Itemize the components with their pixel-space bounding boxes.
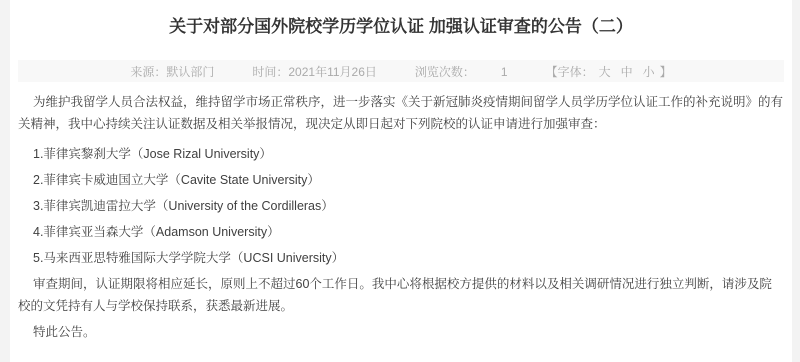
meta-views: 浏览次数：1 <box>415 63 508 80</box>
page-title: 关于对部分国外院校学历学位认证 加强认证审查的公告（二） <box>10 16 792 38</box>
meta-source-label: 来源： <box>130 65 166 79</box>
title-area: 关于对部分国外院校学历学位认证 加强认证审查的公告（二） <box>10 0 792 50</box>
closing-paragraph: 特此公告。 <box>18 321 784 343</box>
font-widget-close-bracket: 】 <box>660 65 672 79</box>
meta-views-label: 浏览次数： <box>415 65 475 79</box>
announcement-body: 为维护我留学人员合法权益，维持留学市场正常秩序，进一步落实《关于新冠肺炎疫情期间… <box>10 82 792 343</box>
meta-time-label: 时间： <box>252 65 288 79</box>
meta-time-value: 2021年11月26日 <box>288 65 377 79</box>
meta-bar: 来源：默认部门 时间：2021年11月26日 浏览次数：1 【字体：大中小】 <box>18 60 784 82</box>
university-list-item: 5.马来西亚思特雅国际大学学院大学（UCSI University） <box>18 247 784 269</box>
university-list-item: 2.菲律宾卡威迪国立大学（Cavite State University） <box>18 169 784 191</box>
meta-views-value: 1 <box>501 65 508 79</box>
university-list-item: 4.菲律宾亚当森大学（Adamson University） <box>18 221 784 243</box>
font-size-widget: 【字体：大中小】 <box>546 63 672 80</box>
meta-source-value: 默认部门 <box>166 65 214 79</box>
meta-source: 来源：默认部门 <box>130 63 214 80</box>
university-list-item: 3.菲律宾凯迪雷拉大学（University of the Cordillera… <box>18 195 784 217</box>
intro-paragraph: 为维护我留学人员合法权益，维持留学市场正常秩序，进一步落实《关于新冠肺炎疫情期间… <box>18 91 784 135</box>
font-size-large-button[interactable]: 大 <box>599 63 611 80</box>
review-terms-paragraph: 审查期间，认证期限将相应延长，原则上不超过60个工作日。我中心将根据校方提供的材… <box>18 273 784 317</box>
university-list-item: 1.菲律宾黎刹大学（Jose Rizal University） <box>18 143 784 165</box>
meta-time: 时间：2021年11月26日 <box>252 63 377 80</box>
font-widget-open-bracket: 【字体： <box>546 65 594 79</box>
font-size-small-button[interactable]: 小 <box>643 63 655 80</box>
announcement-page: 关于对部分国外院校学历学位认证 加强认证审查的公告（二） 来源：默认部门 时间：… <box>10 0 792 362</box>
font-size-medium-button[interactable]: 中 <box>621 63 633 80</box>
